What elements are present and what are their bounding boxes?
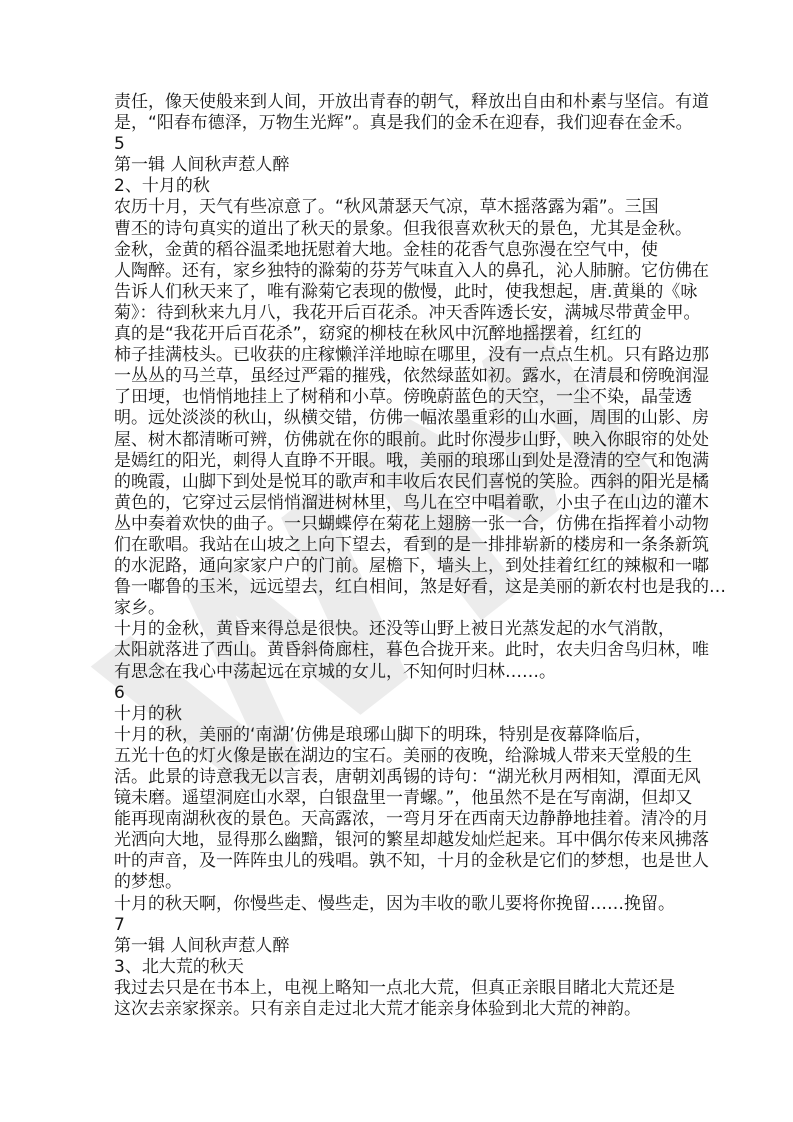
text-line: 3、北大荒的秋天 bbox=[114, 957, 724, 978]
text-line: 2、十月的秋 bbox=[114, 176, 724, 197]
text-line: 一丛丛的马兰草，虽经过严霜的摧残，依然绿蓝如初。露水，在清晨和傍晚润湿 bbox=[114, 366, 724, 387]
document-text: 责任，像天使般来到人间，开放出青春的朝气，释放出自由和朴素与坚信。有道是，“阳春… bbox=[114, 92, 724, 1020]
text-line: 责任，像天使般来到人间，开放出青春的朝气，释放出自由和朴素与坚信。有道 bbox=[114, 92, 724, 113]
text-line: 我过去只是在书本上，电视上略知一点北大荒，但真正亲眼目睹北大荒还是 bbox=[114, 978, 724, 999]
text-line: 们在歌唱。我站在山坡之上向下望去，看到的是一排排崭新的楼房和一条条新筑 bbox=[114, 535, 724, 556]
text-line: 的梦想。 bbox=[114, 872, 724, 893]
text-line: 屋、树木都清晰可辨，仿佛就在你的眼前。此时你漫步山野，映入你眼帘的处处 bbox=[114, 430, 724, 451]
text-line: 活。此景的诗意我无以言表，唐朝刘禹锡的诗句：“湖光秋月两相知，潭面无风 bbox=[114, 767, 724, 788]
text-line: 人陶醉。还有，家乡独特的滁菊的芬芳气味直入人的鼻孔，沁人肺腑。它仿佛在 bbox=[114, 261, 724, 282]
text-line: 镜未磨。遥望洞庭山水翠，白银盘里一青螺。”，他虽然不是在写南湖，但却又 bbox=[114, 788, 724, 809]
document-page: WM 责任，像天使般来到人间，开放出青春的朝气，释放出自由和朴素与坚信。有道是，… bbox=[0, 0, 793, 1122]
text-line: 农历十月，天气有些凉意了。“秋风萧瑟天气凉，草木摇落露为霜”。三国 bbox=[114, 197, 724, 218]
text-line: 黄色的，它穿过云层悄悄溜进树林里，鸟儿在空中唱着歌，小虫子在山边的灌木 bbox=[114, 493, 724, 514]
text-line: 是，“阳春布德泽，万物生光辉”。真是我们的金禾在迎春，我们迎春在金禾。 bbox=[114, 113, 724, 134]
text-line: 柿子挂满枝头。已收获的庄稼懒洋洋地晾在哪里，没有一点点生机。只有路边那 bbox=[114, 345, 724, 366]
text-line: 有思念在我心中荡起远在京城的女儿，不知何时归林……。 bbox=[114, 662, 724, 683]
text-line: 的水泥路，通向家家户户的门前。屋檐下，墙头上，到处挂着红红的辣椒和一嘟 bbox=[114, 556, 724, 577]
text-line: 金秋，金黄的稻谷温柔地抚慰着大地。金桂的花香气息弥漫在空气中，使 bbox=[114, 240, 724, 261]
text-line: 5 bbox=[114, 134, 724, 155]
text-line: 了田埂，也悄悄地挂上了树稍和小草。傍晚蔚蓝色的天空，一尘不染，晶莹透 bbox=[114, 387, 724, 408]
text-line: 这次去亲家探亲。只有亲自走过北大荒才能亲身体验到北大荒的神韵。 bbox=[114, 999, 724, 1020]
text-line: 7 bbox=[114, 915, 724, 936]
text-line: 明。远处淡淡的秋山，纵横交错，仿佛一幅浓墨重彩的山水画，周围的山影、房 bbox=[114, 408, 724, 429]
text-line: 第一辑 人间秋声惹人醉 bbox=[114, 155, 724, 176]
text-line: 丛中奏着欢快的曲子。一只蝴蝶停在菊花上翅膀一张一合，仿佛在指挥着小动物 bbox=[114, 514, 724, 535]
text-line: 十月的秋，美丽的‘南湖’仿佛是琅琊山脚下的明珠，特别是夜幕降临后， bbox=[114, 725, 724, 746]
text-line: 十月的秋天啊，你慢些走、慢些走，因为丰收的歌儿要将你挽留……挽留。 bbox=[114, 894, 724, 915]
text-line: 家乡。 bbox=[114, 598, 724, 619]
text-line: 的晚霞，山脚下到处是悦耳的歌声和丰收后农民们喜悦的笑脸。西斜的阳光是橘 bbox=[114, 472, 724, 493]
text-line: 五光十色的灯火像是嵌在湖边的宝石。美丽的夜晚，给滁城人带来天堂般的生 bbox=[114, 746, 724, 767]
text-line: 是嫣红的阳光，刺得人直睁不开眼。哦，美丽的琅琊山到处是澄清的空气和饱满 bbox=[114, 451, 724, 472]
text-line: 告诉人们秋天来了，唯有滁菊它表现的傲慢，此时，使我想起，唐.黄巢的《咏 bbox=[114, 282, 724, 303]
text-line: 十月的金秋，黄昏来得总是很快。还没等山野上被日光蒸发起的水气消散， bbox=[114, 619, 724, 640]
text-line: 6 bbox=[114, 683, 724, 704]
text-line: 第一辑 人间秋声惹人醉 bbox=[114, 936, 724, 957]
text-line: 能再现南湖秋夜的景色。天高露浓，一弯月牙在西南天边静静地挂着。清冷的月 bbox=[114, 809, 724, 830]
text-line: 菊》：待到秋来九月八，我花开后百花杀。冲天香阵透长安，满城尽带黄金甲。 bbox=[114, 303, 724, 324]
text-line: 光洒向大地，显得那么幽黯，银河的繁星却越发灿烂起来。耳中偶尔传来风拂落 bbox=[114, 830, 724, 851]
text-line: 十月的秋 bbox=[114, 704, 724, 725]
text-line: 太阳就落进了西山。黄昏斜倚廊柱，暮色合拢开来。此时，农夫归舍鸟归林，唯 bbox=[114, 640, 724, 661]
text-line: 叶的声音，及一阵阵虫儿的残唱。孰不知，十月的金秋是它们的梦想，也是世人 bbox=[114, 851, 724, 872]
text-line: 真的是“我花开后百花杀”，窈窕的柳枝在秋风中沉醉地摇摆着，红红的 bbox=[114, 324, 724, 345]
text-line: 鲁一嘟鲁的玉米，远远望去，红白相间，煞是好看，这是美丽的新农村也是我的… bbox=[114, 577, 724, 598]
text-line: 曹丕的诗句真实的道出了秋天的景象。但我很喜欢秋天的景色，尤其是金秋。 bbox=[114, 219, 724, 240]
